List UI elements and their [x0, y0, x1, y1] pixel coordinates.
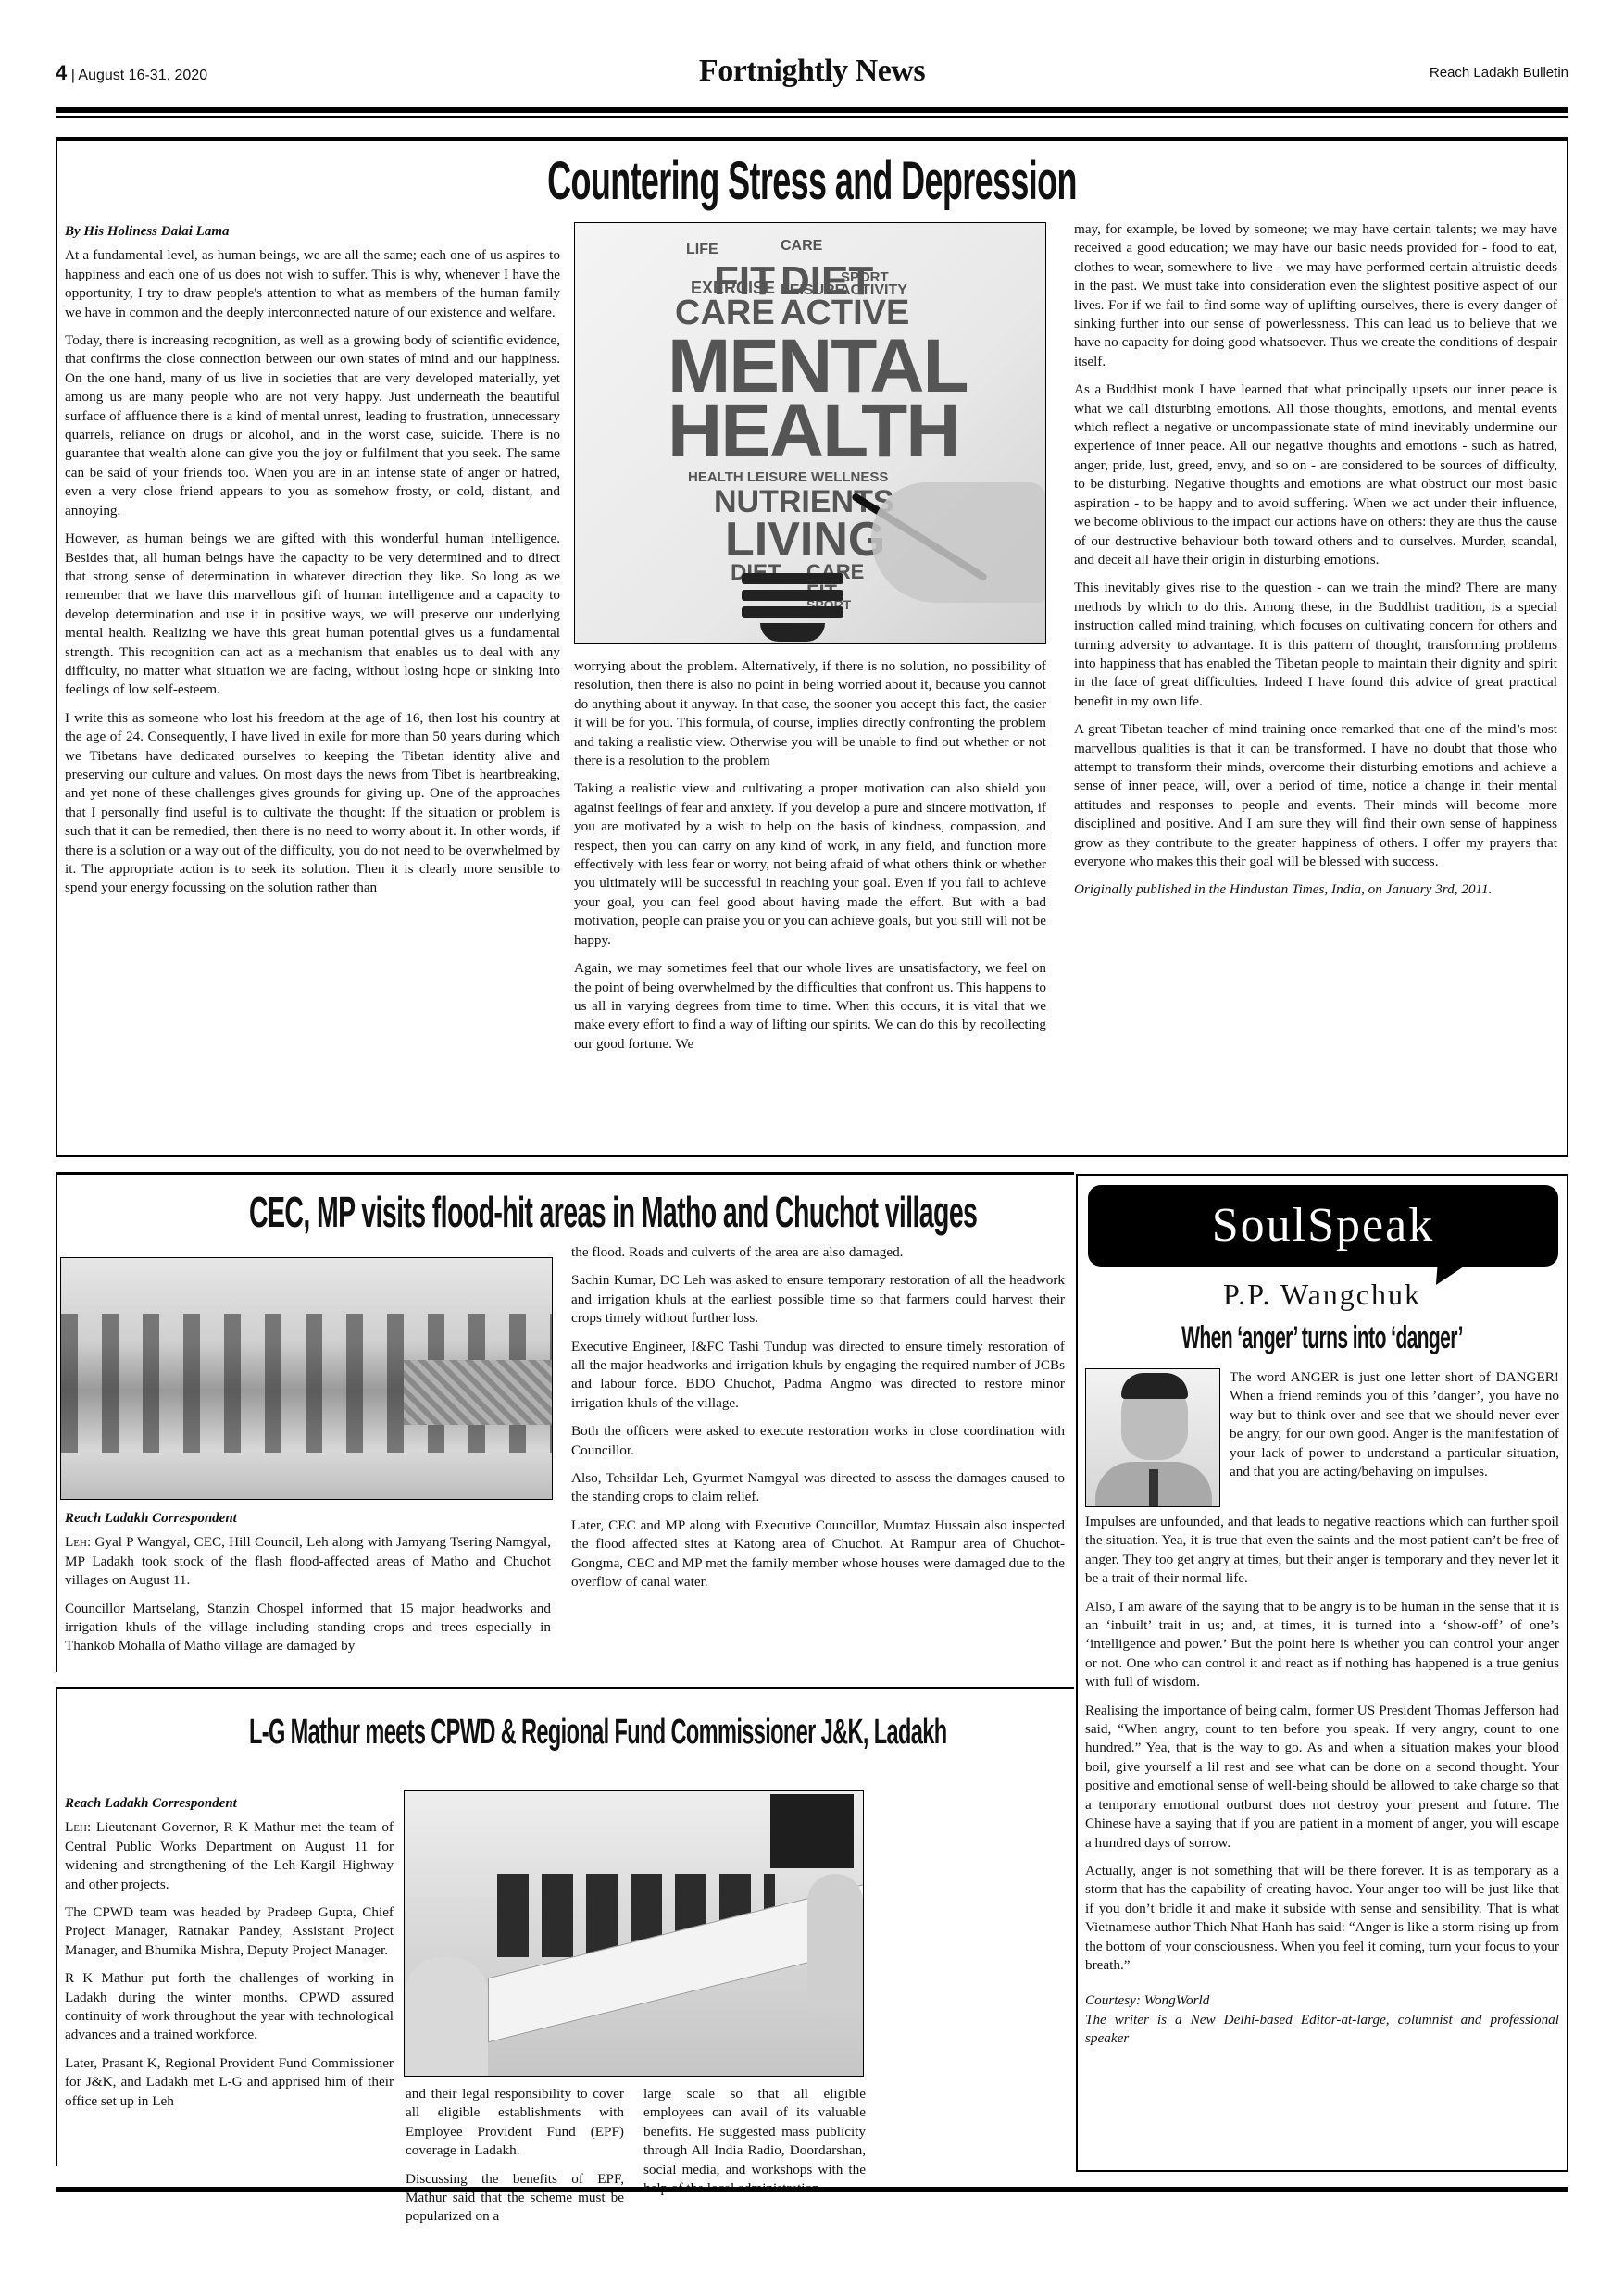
paragraph: Leh: Lieutenant Governor, R K Mathur met…	[65, 1818, 394, 1894]
hand-shape	[871, 482, 1046, 603]
section-title: Fortnightly News	[0, 54, 1624, 89]
paragraph-text: Gyal P Wangyal, CEC, Hill Council, Leh a…	[65, 1534, 551, 1588]
main-article-col-2: worrying about the problem. Alternativel…	[574, 657, 1046, 1063]
bulb-base-bar	[742, 590, 843, 601]
paragraph: worrying about the problem. Alternativel…	[574, 657, 1046, 770]
paragraph: Later, CEC and MP along with Executive C…	[571, 1516, 1065, 1592]
paragraph: At a fundamental level, as human beings,…	[65, 246, 560, 322]
soulspeak-headline: When ‘anger’ turns into ‘danger’	[1169, 1320, 1475, 1356]
paragraph: Executive Engineer, I&FC Tashi Tundup wa…	[571, 1338, 1065, 1414]
paragraph: However, as human beings we are gifted w…	[65, 530, 560, 700]
bulb-base-bar	[742, 573, 843, 584]
person-left	[405, 1957, 488, 2077]
paragraph: large scale so that all eligible employe…	[643, 2085, 866, 2198]
mental-health-image: LIFE CARE FIT DIET SPORT EXERCISE LEISUR…	[574, 222, 1046, 644]
bulb-tip	[760, 623, 825, 642]
image-word: CARE	[781, 238, 822, 255]
paragraph: Impulses are unfounded, and that leads t…	[1085, 1513, 1559, 1589]
author-note: The writer is a New Delhi-based Editor-a…	[1085, 2011, 1559, 2049]
flood-article-col-1: Reach Ladakh Correspondent Leh: Gyal P W…	[65, 1509, 551, 1666]
image-word: HEALTH LEISURE WELLNESS	[688, 469, 888, 485]
main-article-col-3: may, for example, be loved by someone; w…	[1074, 220, 1557, 909]
soulspeak-intro: The word ANGER is just one letter short …	[1230, 1368, 1559, 1491]
tv-screen	[770, 1794, 854, 1868]
portrait-tie	[1149, 1469, 1158, 1506]
paragraph: I write this as someone who lost his fre…	[65, 709, 560, 898]
flood-article-headline: CEC, MP visits flood-hit areas in Matho …	[249, 1187, 881, 1237]
paragraph: As a Buddhist monk I have learned that w…	[1074, 381, 1557, 569]
paragraph: This inevitably gives rise to the questi…	[1074, 579, 1557, 711]
flood-article-byline: Reach Ladakh Correspondent	[65, 1509, 551, 1528]
masthead-rule	[56, 107, 1568, 113]
source-note: Originally published in the Hindustan Ti…	[1074, 880, 1557, 899]
portrait-hair	[1121, 1373, 1188, 1399]
paragraph: Also, Tehsildar Leh, Gyurmet Namgyal was…	[571, 1469, 1065, 1507]
paragraph: Also, I am aware of the saying that to b…	[1085, 1598, 1559, 1692]
paragraph: Taking a realistic view and cultivating …	[574, 780, 1046, 950]
main-article-headline: Countering Stress and Depression	[343, 150, 1280, 212]
courtesy-note: Courtesy: WongWorld	[1085, 1991, 1559, 2010]
paragraph: A great Tibetan teacher of mind training…	[1074, 720, 1557, 871]
paragraph: Councillor Martselang, Stanzin Chospel i…	[65, 1600, 551, 1656]
soulspeak-author: P.P. Wangchuk	[1076, 1278, 1568, 1312]
lg-article-headline: L-G Mathur meets CPWD & Regional Fund Co…	[249, 1713, 881, 1753]
paragraph: Today, there is increasing recognition, …	[65, 331, 560, 520]
lg-article-byline: Reach Ladakh Correspondent	[65, 1794, 394, 1813]
bulb-base-bar	[742, 606, 843, 618]
soulspeak-banner: SoulSpeak	[1088, 1185, 1558, 1267]
main-article-byline: By His Holiness Dalai Lama	[65, 222, 560, 241]
masthead-rule-thin	[56, 116, 1568, 118]
paragraph-text: Lieutenant Governor, R K Mathur met the …	[65, 1819, 394, 1891]
paragraph: Realising the importance of being calm, …	[1085, 1702, 1559, 1853]
paragraph: The CPWD team was headed by Pradeep Gupt…	[65, 1903, 394, 1960]
paragraph: Later, Prasant K, Regional Provident Fun…	[65, 2054, 394, 2111]
image-word: LIFE	[686, 242, 718, 258]
page-bottom-rule	[56, 2187, 1568, 2192]
flood-article-col-2: the flood. Roads and culverts of the are…	[571, 1243, 1065, 1602]
main-article-col-1: By His Holiness Dalai Lama At a fundamen…	[65, 222, 560, 907]
paragraph: Both the officers were asked to execute …	[571, 1422, 1065, 1460]
dateline: Leh:	[65, 1534, 91, 1550]
flood-site-photo	[60, 1257, 553, 1500]
paragraph: Discussing the benefits of EPF, Mathur s…	[406, 2170, 624, 2227]
paragraph: may, for example, be loved by someone; w…	[1074, 220, 1557, 371]
publication-name: Reach Ladakh Bulletin	[1430, 65, 1568, 81]
soulspeak-body: Impulses are unfounded, and that leads t…	[1085, 1513, 1559, 2049]
image-word: HEALTH	[668, 388, 958, 475]
paragraph: Again, we may sometimes feel that our wh…	[574, 959, 1046, 1054]
author-portrait	[1085, 1368, 1220, 1507]
paragraph: and their legal responsibility to cover …	[406, 2085, 624, 2161]
lg-article-col-2: and their legal responsibility to cover …	[406, 2085, 624, 2236]
paragraph: R K Mathur put forth the challenges of w…	[65, 1969, 394, 2045]
paragraph: Leh: Gyal P Wangyal, CEC, Hill Council, …	[65, 1533, 551, 1590]
stone-wall	[404, 1360, 552, 1425]
paragraph: Actually, anger is not something that wi…	[1085, 1862, 1559, 1975]
lg-article-col-1: Reach Ladakh Correspondent Leh: Lieutena…	[65, 1794, 394, 2120]
paragraph: the flood. Roads and culverts of the are…	[571, 1243, 1065, 1262]
image-word: LIVING	[725, 512, 885, 568]
meeting-photo	[404, 1790, 864, 2077]
paragraph: The word ANGER is just one letter short …	[1230, 1368, 1559, 1481]
dateline: Leh:	[65, 1819, 91, 1835]
person-right	[807, 1874, 863, 2013]
paragraph: Sachin Kumar, DC Leh was asked to ensure…	[571, 1271, 1065, 1328]
